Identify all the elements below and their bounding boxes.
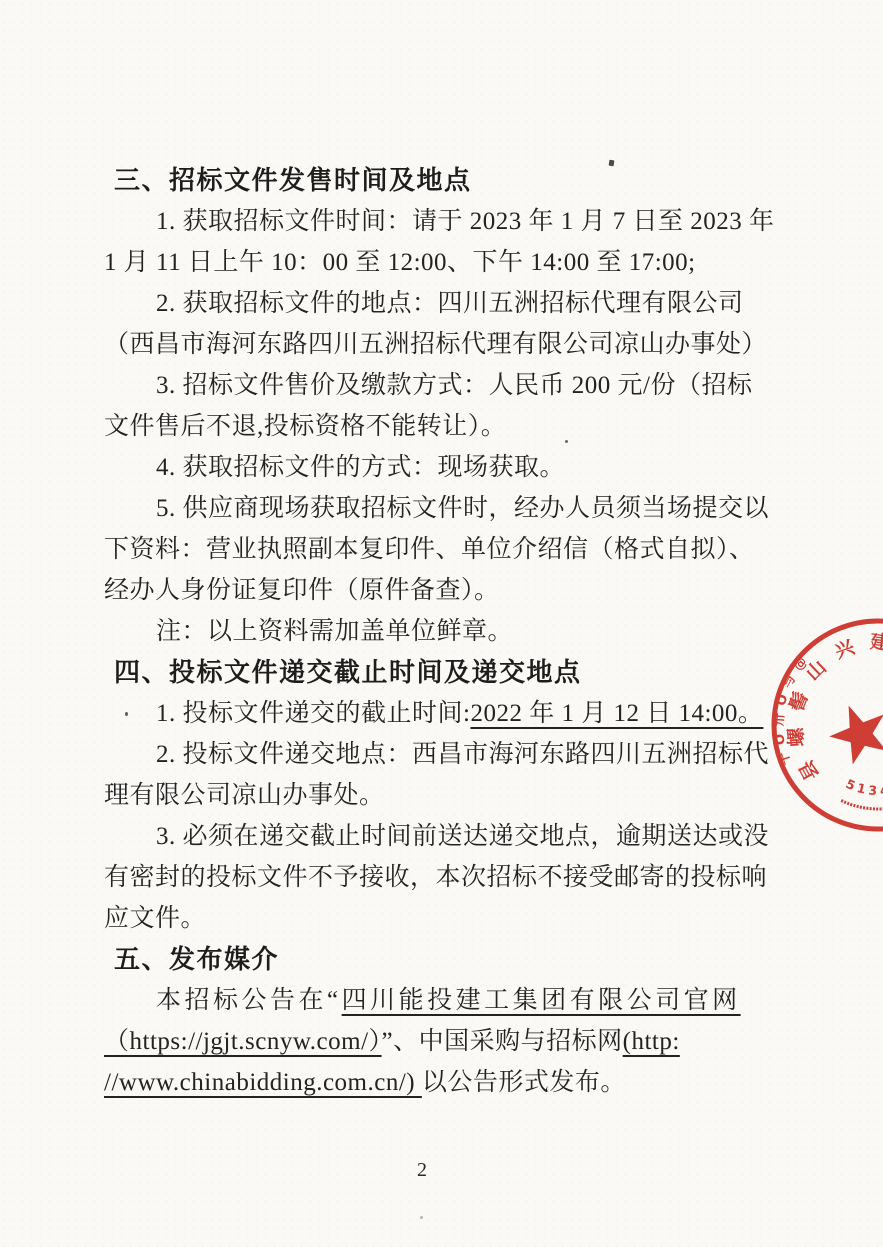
scan-speck (609, 160, 615, 167)
text-line: 注：以上资料需加盖单位鲜章。 (104, 611, 794, 652)
text-line: 2. 获取招标文件的地点：四川五洲招标代理有限公司 (104, 283, 794, 324)
section-heading: 三、招标文件发售时间及地点 (104, 160, 794, 201)
text-line: 5. 供应商现场获取招标文件时，经办人员须当场提交以 (104, 488, 794, 529)
text-segment: 3. 必须在递交截止时间前送达递交地点，逾期送达或没 (156, 823, 769, 850)
underlined-text: (http: (623, 1028, 680, 1055)
text-segment: 有密封的投标文件不予接收，本次招标不接受邮寄的投标响 (104, 864, 767, 891)
text-line: 1 月 11 日上午 10：00 至 12:00、下午 14:00 至 17:0… (104, 242, 794, 283)
text-line: 经办人身份证复印件（原件备查）。 (104, 570, 794, 611)
underlined-text: //www.chinabidding.com.cn/) (104, 1069, 422, 1096)
text-segment: 经办人身份证复印件（原件备查）。 (104, 577, 500, 604)
text-line: 应文件。 (104, 898, 794, 939)
text-segment: 理有限公司凉山办事处。 (104, 782, 385, 809)
text-segment: （西昌市海河东路四川五洲招标代理有限公司凉山办事处） (104, 331, 767, 358)
scan-speck (420, 1216, 423, 1219)
scan-speck (565, 440, 568, 443)
underlined-text: 2022 年 1 月 12 日 14:00。 (470, 700, 763, 727)
text-segment: 文件售后不退,投标资格不能转让）。 (104, 413, 506, 440)
text-segment: 1. 投标文件递交的截止时间: (156, 700, 470, 727)
document-body: 三、招标文件发售时间及地点1. 获取招标文件时间：请于 2023 年 1 月 7… (104, 160, 794, 1103)
section-heading: 五、发布媒介 (104, 939, 794, 980)
text-segment: ”、中国采购与招标网 (382, 1028, 623, 1055)
text-segment: 下资料：营业执照副本复印件、单位介绍信（格式自拟）、 (104, 536, 755, 563)
seal-graphic: 干O卅O与@ 县螺髻山兴建项目管 5134285014 (758, 605, 883, 845)
text-line: 文件售后不退,投标资格不能转让）。 (104, 406, 794, 447)
text-line: 理有限公司凉山办事处。 (104, 775, 794, 816)
text-segment: 注：以上资料需加盖单位鲜章。 (156, 618, 513, 645)
text-segment: 5. 供应商现场获取招标文件时，经办人员须当场提交以 (156, 495, 769, 522)
text-line: 3. 必须在递交截止时间前送达递交地点，逾期送达或没 (104, 816, 794, 857)
document-page: 三、招标文件发售时间及地点1. 获取招标文件时间：请于 2023 年 1 月 7… (0, 0, 883, 1247)
text-line: 下资料：营业执照副本复印件、单位介绍信（格式自拟）、 (104, 529, 794, 570)
text-line: （西昌市海河东路四川五洲招标代理有限公司凉山办事处） (104, 324, 794, 365)
page-number: 2 (417, 1158, 427, 1182)
text-line: （https://jgjt.scnyw.com/）”、中国采购与招标网(http… (104, 1021, 794, 1062)
text-segment: 1 月 11 日上午 10：00 至 12:00、下午 14:00 至 17:0… (104, 249, 696, 276)
seal-star-icon (821, 695, 883, 769)
section-heading: 四、投标文件递交截止时间及递交地点 (104, 652, 794, 693)
official-seal-stamp: 干O卅O与@ 县螺髻山兴建项目管 5134285014 (758, 605, 883, 845)
text-segment: 应文件。 (104, 905, 206, 932)
text-segment: 4. 获取招标文件的方式：现场获取。 (156, 454, 565, 481)
text-segment: 以公告形式发布。 (422, 1069, 626, 1096)
text-segment: 本招标公告在“ (156, 987, 342, 1014)
text-line: 4. 获取招标文件的方式：现场获取。 (104, 447, 794, 488)
text-line: 3. 招标文件售价及缴款方式：人民币 200 元/份（招标 (104, 365, 794, 406)
text-line: 1. 投标文件递交的截止时间:2022 年 1 月 12 日 14:00。 (104, 693, 794, 734)
text-line: 本招标公告在“四川能投建工集团有限公司官网 (104, 980, 794, 1021)
text-segment: 3. 招标文件售价及缴款方式：人民币 200 元/份（招标 (156, 372, 752, 399)
text-line: 2. 投标文件递交地点：西昌市海河东路四川五洲招标代 (104, 734, 794, 775)
text-segment: 2. 获取招标文件的地点：四川五洲招标代理有限公司 (156, 290, 744, 317)
underlined-text: （https://jgjt.scnyw.com/） (104, 1028, 382, 1055)
text-line: //www.chinabidding.com.cn/) 以公告形式发布。 (104, 1062, 794, 1103)
text-segment: 2. 投标文件递交地点：西昌市海河东路四川五洲招标代 (156, 741, 769, 768)
text-line: 有密封的投标文件不予接收，本次招标不接受邮寄的投标响 (104, 857, 794, 898)
text-line: 1. 获取招标文件时间：请于 2023 年 1 月 7 日至 2023 年 (104, 201, 794, 242)
underlined-text: 四川能投建工集团有限公司官网 (342, 987, 741, 1014)
text-segment: 1. 获取招标文件时间：请于 2023 年 1 月 7 日至 2023 年 (156, 208, 775, 235)
scan-speck (125, 712, 128, 716)
